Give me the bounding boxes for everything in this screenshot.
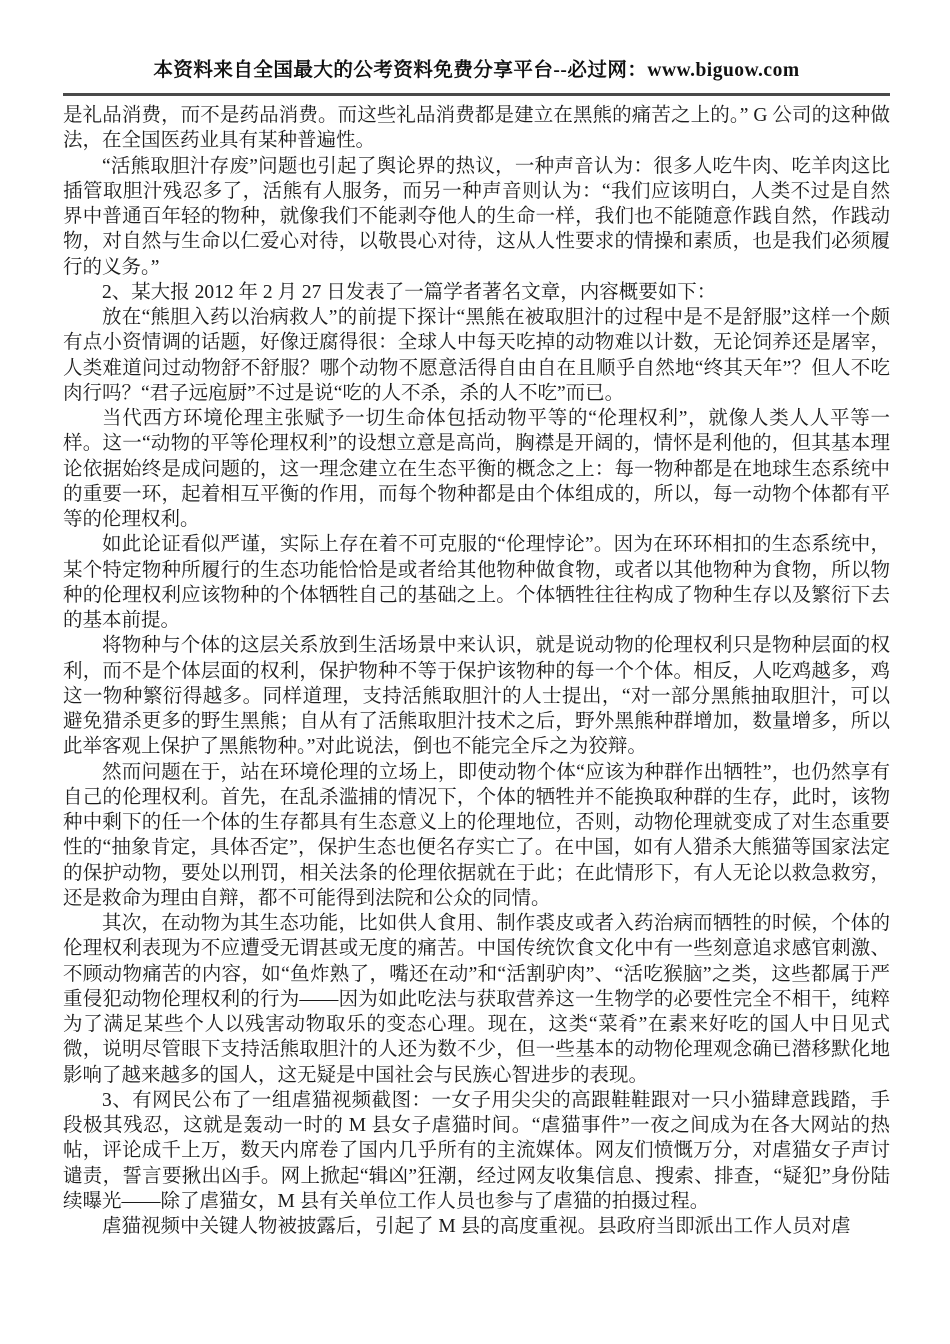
- header-notice: 本资料来自全国最大的公考资料免费分享平台--必过网：www.biguow.com: [63, 58, 890, 93]
- paragraph-opinion-debate: “活熊取胆汁存废”问题也引起了舆论界的热议，一种声音认为：很多人吃牛肉、吃羊肉这…: [63, 154, 890, 280]
- paragraph-item-2-intro: 2、某大报 2012 年 2 月 27 日发表了一篇学者著名文章，内容概要如下：: [63, 280, 890, 305]
- document-page: 本资料来自全国最大的公考资料免费分享平台--必过网：www.biguow.com…: [0, 0, 950, 1344]
- paragraph-secondly-function: 其次，在动物为其生态功能，比如供人食用、制作裘皮或者入药治病而牺牲的时候，个体的…: [63, 911, 890, 1088]
- paragraph-western-ethics: 当代西方环境伦理主张赋予一切生命体包括动物平等的“伦理权利”，就像人类人人平等一…: [63, 406, 890, 532]
- paragraph-item-3-cat-abuse: 3、有网民公布了一组虐猫视频截图：一女子用尖尖的高跟鞋鞋跟对一只小猫肆意践踏，手…: [63, 1088, 890, 1214]
- paragraph-species-vs-individual: 将物种与个体的这层关系放到生活场景中来认识，就是说动物的伦理权利只是物种层面的权…: [63, 633, 890, 759]
- paragraph-article-premise: 放在“熊胆入药以治病救人”的前提下探计“黑熊在被取胆汁的过程中是不是舒服”这样一…: [63, 305, 890, 406]
- paragraph-continuation: 是礼品消费，而不是药品消费。而这些礼品消费都是建立在黑熊的痛苦之上的。” G 公…: [63, 103, 890, 154]
- paragraph-cat-abuse-followup: 虐猫视频中关键人物被披露后，引起了 M 县的高度重视。县政府当即派出工作人员对虐: [63, 1214, 890, 1239]
- document-body: 是礼品消费，而不是药品消费。而这些礼品消费都是建立在黑熊的痛苦之上的。” G 公…: [63, 103, 890, 1239]
- paragraph-however-issue: 然而问题在于，站在环境伦理的立场上，即使动物个体“应该为种群作出牺牲”，也仍然享…: [63, 760, 890, 912]
- header-rule: [63, 93, 890, 96]
- paragraph-ethical-paradox: 如此论证看似严谨，实际上存在着不可克服的“伦理悖论”。因为在环环相扣的生态系统中…: [63, 532, 890, 633]
